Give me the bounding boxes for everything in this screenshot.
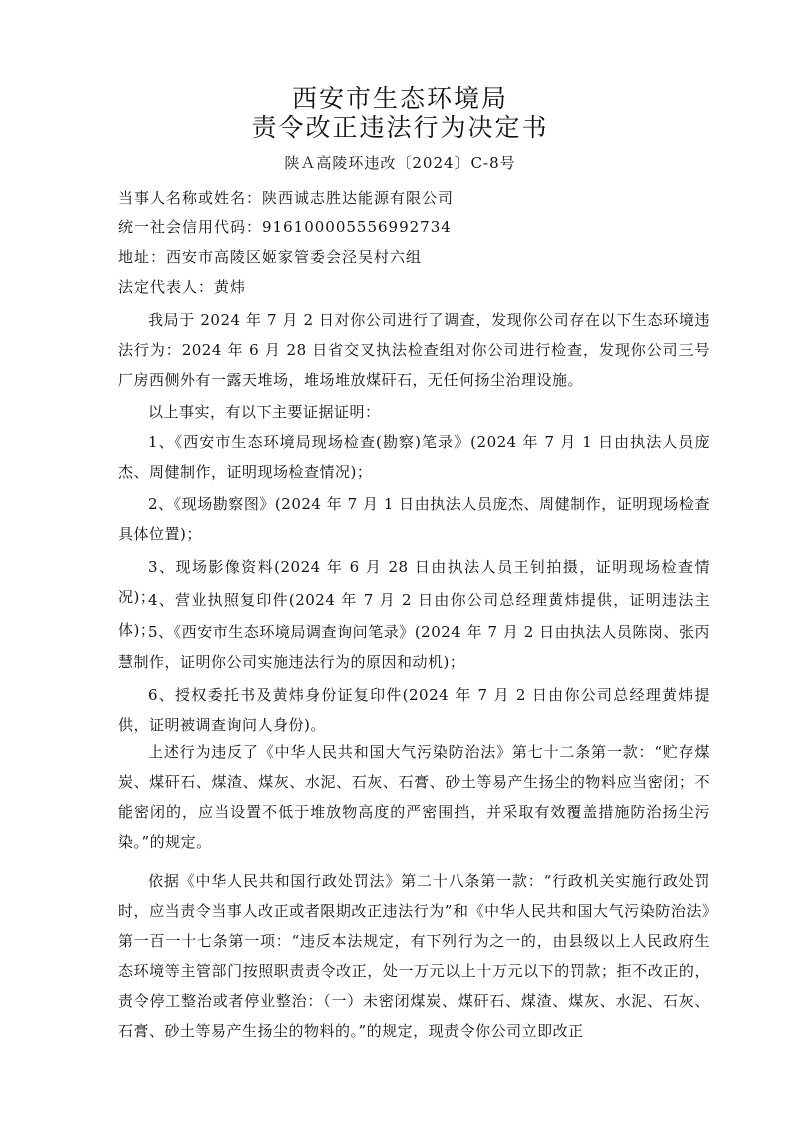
credit-code-value: 916100005556992734	[262, 218, 452, 236]
credit-code-label: 统一社会信用代码：	[118, 218, 262, 236]
document-title: 责令改正违法行为决定书	[0, 113, 800, 143]
violation-paragraph: 上述行为违反了《中华人民共和国大气污染防治法》第七十二条第一款：“贮存煤炭、煤矸…	[118, 737, 710, 857]
evidence-intro: 以上事实，有以下主要证据证明：	[118, 397, 710, 427]
document-number: 陕Ａ高陵环违改〔2024〕C-8号	[0, 152, 800, 174]
legal-basis-paragraph: 依据《中华人民共和国行政处罚法》第二十八条第一款：“行政机关实施行政处罚时，应当…	[118, 866, 710, 1046]
legal-rep-row: 法定代表人：黄炜	[118, 276, 246, 298]
party-name-value: 陕西诚志胜达能源有限公司	[262, 189, 454, 207]
finding-paragraph: 我局于 2024 年 7 月 2 日对你公司进行了调查，发现你公司存在以下生态环…	[118, 305, 710, 395]
credit-code-row: 统一社会信用代码：916100005556992734	[118, 216, 452, 238]
legal-rep-label: 法定代表人：	[118, 278, 214, 296]
address-label: 地址：	[118, 248, 166, 266]
evidence-item-1: 1、《西安市生态环境局现场检查(勘察)笔录》(2024 年 7 月 1 日由执法…	[118, 427, 710, 487]
evidence-item-6: 6、授权委托书及黄炜身份证复印件(2024 年 7 月 2 日由你公司总经理黄炜…	[118, 680, 710, 740]
evidence-item-5: 5、《西安市生态环境局调查询问笔录》(2024 年 7 月 2 日由执法人员陈岗…	[118, 617, 710, 677]
document-page: 西安市生态环境局 责令改正违法行为决定书 陕Ａ高陵环违改〔2024〕C-8号 当…	[0, 0, 800, 1135]
legal-rep-value: 黄炜	[214, 278, 246, 296]
evidence-item-2: 2、《现场勘察图》(2024 年 7 月 1 日由执法人员庞杰、周健制作，证明现…	[118, 489, 710, 549]
address-row: 地址：西安市高陵区姬家管委会泾吴村六组	[118, 246, 422, 268]
agency-title: 西安市生态环境局	[0, 84, 800, 114]
party-name-row: 当事人名称或姓名：陕西诚志胜达能源有限公司	[118, 187, 454, 209]
address-value: 西安市高陵区姬家管委会泾吴村六组	[166, 248, 422, 266]
party-name-label: 当事人名称或姓名：	[118, 189, 262, 207]
